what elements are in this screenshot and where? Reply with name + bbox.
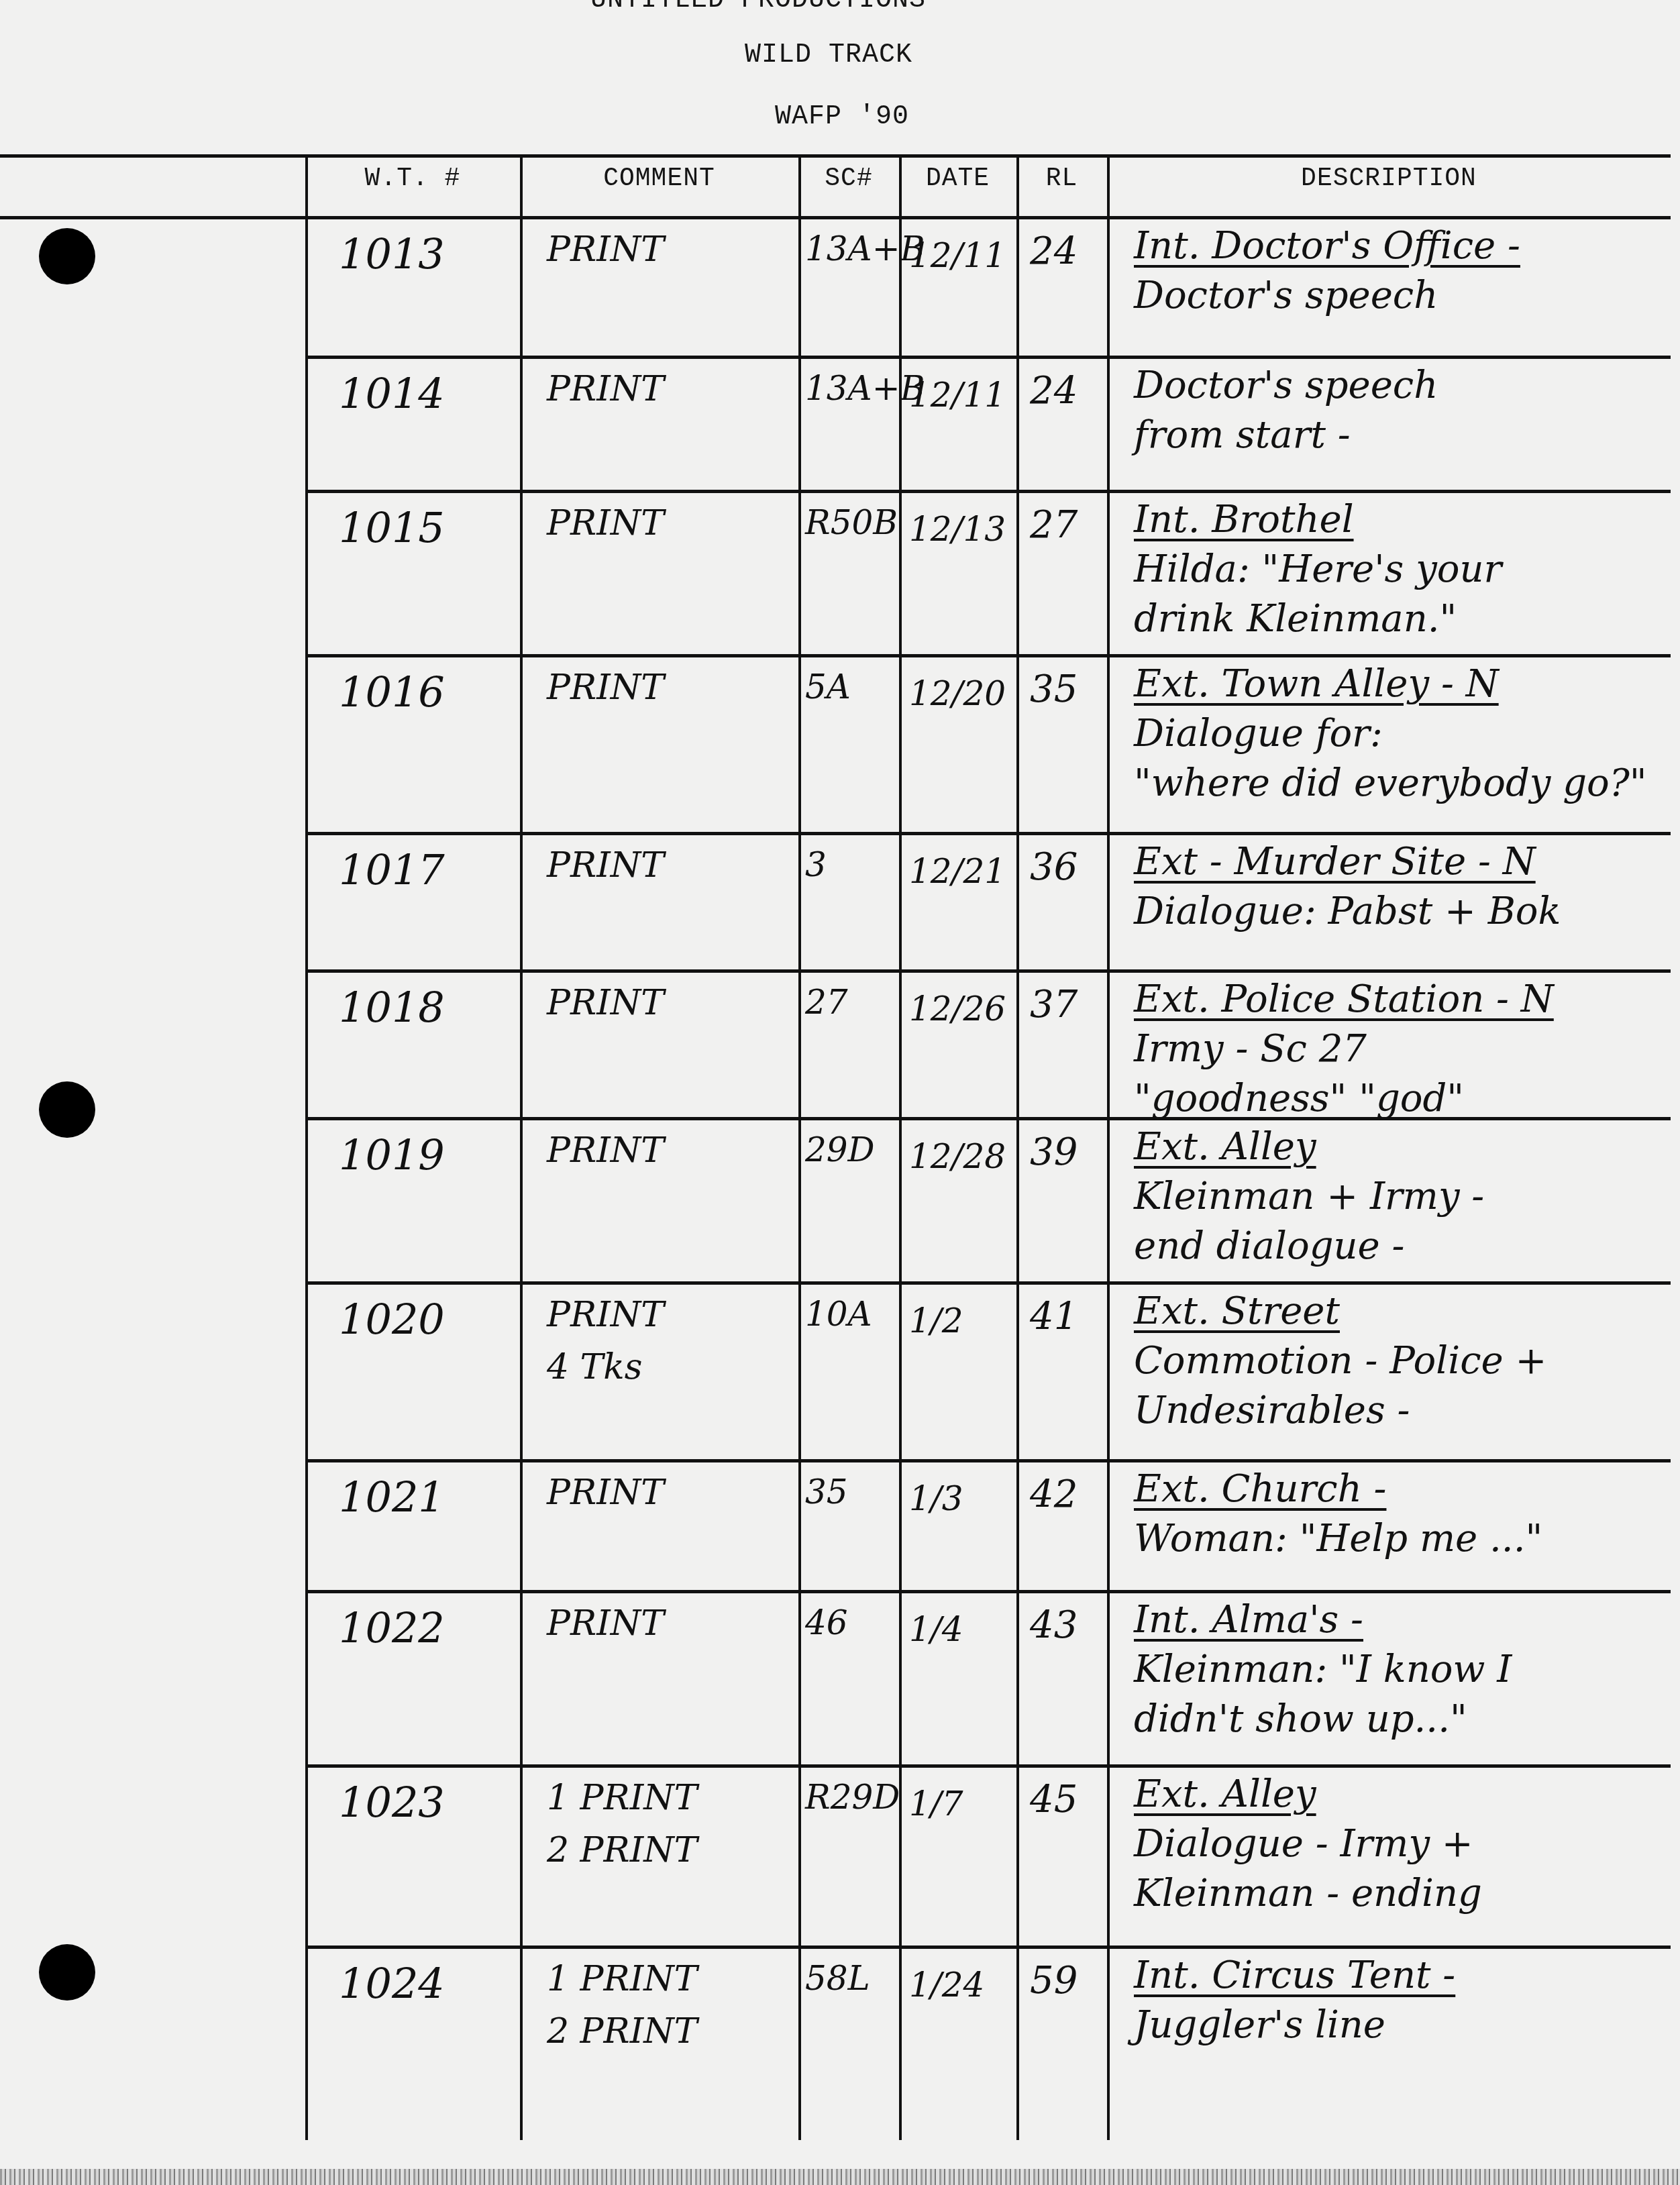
reel-number: 45 (1030, 1778, 1078, 1821)
scene-number: R50B (805, 503, 898, 542)
comment-text: 1 PRINT (547, 1959, 697, 1999)
description-line: Hilda: "Here's your (1134, 547, 1502, 591)
description-line: "goodness" "god" (1134, 1077, 1464, 1120)
comment-text: PRINT (547, 983, 664, 1023)
row-divider (305, 490, 1671, 493)
company-name: UNTITLED PRODUCTIONS (590, 0, 926, 15)
scene-number: 29D (805, 1130, 875, 1169)
wt-number: 1015 (339, 503, 445, 552)
description-line: Kleinman - ending (1134, 1872, 1482, 1915)
date: 12/20 (909, 674, 1006, 713)
description-line: Ext. Alley (1134, 1125, 1316, 1169)
col-header-description: DESCRIPTION (1107, 164, 1671, 193)
scene-number: 13A+B (805, 369, 925, 408)
date: 12/11 (909, 236, 1006, 275)
wt-number: 1023 (339, 1778, 445, 1827)
wt-number: 1017 (339, 845, 445, 894)
description-line: Int. Brothel (1134, 498, 1354, 541)
punch-hole-middle (39, 1081, 95, 1138)
column-divider (798, 154, 801, 2140)
scene-number: R29D (805, 1778, 900, 1817)
wt-number: 1021 (339, 1473, 445, 1522)
comment-text: PRINT (547, 369, 664, 409)
description-line: Ext. Church - (1134, 1467, 1386, 1511)
scene-number: 5A (805, 668, 851, 706)
wt-number: 1018 (339, 983, 445, 1032)
comment-text: PRINT (547, 1603, 664, 1644)
reel-number: 27 (1030, 503, 1078, 547)
description-line: Dialogue - Irmy + (1134, 1822, 1473, 1866)
reel-number: 43 (1030, 1603, 1078, 1647)
punch-hole-top (39, 228, 95, 284)
description-line: Kleinman: "I know I (1134, 1648, 1512, 1691)
document-title: WILD TRACK (745, 40, 912, 70)
row-divider (305, 1946, 1671, 1949)
reel-number: 35 (1030, 668, 1078, 711)
description-line: Dialogue: Pabst + Bok (1134, 890, 1561, 933)
comment-text: 1 PRINT (547, 1778, 697, 1818)
description-line: Doctor's speech (1134, 274, 1438, 317)
description-line: Int. Alma's - (1134, 1598, 1363, 1642)
description-line: Juggler's line (1134, 2003, 1385, 2047)
col-header-sc: SC# (798, 164, 899, 193)
date: 1/3 (909, 1479, 963, 1518)
date: 12/13 (909, 510, 1006, 549)
column-divider (899, 154, 902, 2140)
col-header-rl: RL (1016, 164, 1107, 193)
row-divider (305, 654, 1671, 657)
date: 12/21 (909, 852, 1006, 891)
scene-number: 10A (805, 1295, 872, 1334)
reel-number: 42 (1030, 1473, 1078, 1516)
date: 1/24 (909, 1966, 984, 2005)
description-line: Dialogue for: (1134, 712, 1383, 755)
description-line: end dialogue - (1134, 1224, 1404, 1268)
description-line: Int. Circus Tent - (1134, 1954, 1455, 1997)
comment-text: PRINT (547, 845, 664, 886)
table-top-rule (0, 154, 1671, 158)
scene-number: 13A+B (805, 229, 925, 268)
row-divider (305, 832, 1671, 835)
reel-number: 39 (1030, 1130, 1078, 1174)
comment-text: PRINT (547, 1295, 664, 1335)
row-divider (305, 1281, 1671, 1285)
date: 1/7 (909, 1784, 963, 1823)
wt-number: 1013 (339, 229, 445, 278)
row-divider (305, 1764, 1671, 1768)
row-divider (305, 1590, 1671, 1593)
scene-number: 46 (805, 1603, 848, 1642)
description-line: "where did everybody go?" (1134, 761, 1647, 805)
description-line: Kleinman + Irmy - (1134, 1175, 1484, 1218)
description-line: Commotion - Police + (1134, 1339, 1546, 1383)
col-header-wt: W.T. # (305, 164, 520, 193)
date: 12/26 (909, 990, 1006, 1028)
column-divider (1107, 154, 1110, 2140)
reel-number: 24 (1030, 229, 1078, 273)
wt-number: 1020 (339, 1295, 445, 1344)
description-line: Irmy - Sc 27 (1134, 1027, 1367, 1071)
row-divider (305, 1459, 1671, 1462)
date: 1/2 (909, 1301, 963, 1340)
description-line: Ext. Alley (1134, 1772, 1316, 1816)
comment-text: 2 PRINT (547, 2011, 697, 2051)
comment-text: PRINT (547, 668, 664, 708)
reel-number: 24 (1030, 369, 1078, 413)
document-subtitle: WAFP '90 (775, 102, 909, 132)
table-header-rule (0, 216, 1671, 219)
description-line: Woman: "Help me ..." (1134, 1517, 1542, 1560)
punch-hole-bottom (39, 1944, 95, 2001)
column-divider (305, 154, 308, 2140)
description-line: Ext - Murder Site - N (1134, 840, 1536, 884)
wt-number: 1024 (339, 1959, 445, 2008)
wt-number: 1022 (339, 1603, 445, 1652)
col-header-comment: COMMENT (520, 164, 798, 193)
row-divider (305, 969, 1671, 973)
description-line: Ext. Police Station - N (1134, 977, 1554, 1021)
wt-number: 1019 (339, 1130, 445, 1179)
date: 12/11 (909, 376, 1006, 415)
description-line: Int. Doctor's Office - (1134, 224, 1520, 268)
description-line: Undesirables - (1134, 1389, 1410, 1432)
description-line: Ext. Street (1134, 1289, 1340, 1333)
comment-text: PRINT (547, 1130, 664, 1171)
row-divider (305, 1117, 1671, 1120)
comment-text: PRINT (547, 503, 664, 543)
description-line: from start - (1134, 413, 1351, 457)
comment-text: 4 Tks (547, 1347, 643, 1387)
scene-number: 35 (805, 1473, 848, 1511)
col-header-date: DATE (899, 164, 1016, 193)
reel-number: 36 (1030, 845, 1078, 889)
row-divider (305, 356, 1671, 359)
description-line: Ext. Town Alley - N (1134, 662, 1499, 706)
scan-bottom-edge (0, 2169, 1680, 2185)
description-line: Doctor's speech (1134, 364, 1438, 407)
scene-number: 3 (805, 845, 827, 884)
column-divider (520, 154, 523, 2140)
scene-number: 58L (805, 1959, 870, 1998)
description-line: didn't show up..." (1134, 1697, 1467, 1741)
wt-number: 1016 (339, 668, 445, 716)
comment-text: 2 PRINT (547, 1830, 697, 1870)
comment-text: PRINT (547, 229, 664, 270)
reel-number: 37 (1030, 983, 1078, 1026)
wt-number: 1014 (339, 369, 445, 418)
comment-text: PRINT (547, 1473, 664, 1513)
date: 12/28 (909, 1137, 1006, 1176)
reel-number: 59 (1030, 1959, 1078, 2003)
column-divider (1016, 154, 1019, 2140)
scene-number: 27 (805, 983, 848, 1022)
description-line: drink Kleinman." (1134, 597, 1457, 641)
date: 1/4 (909, 1610, 963, 1649)
reel-number: 41 (1030, 1295, 1078, 1338)
